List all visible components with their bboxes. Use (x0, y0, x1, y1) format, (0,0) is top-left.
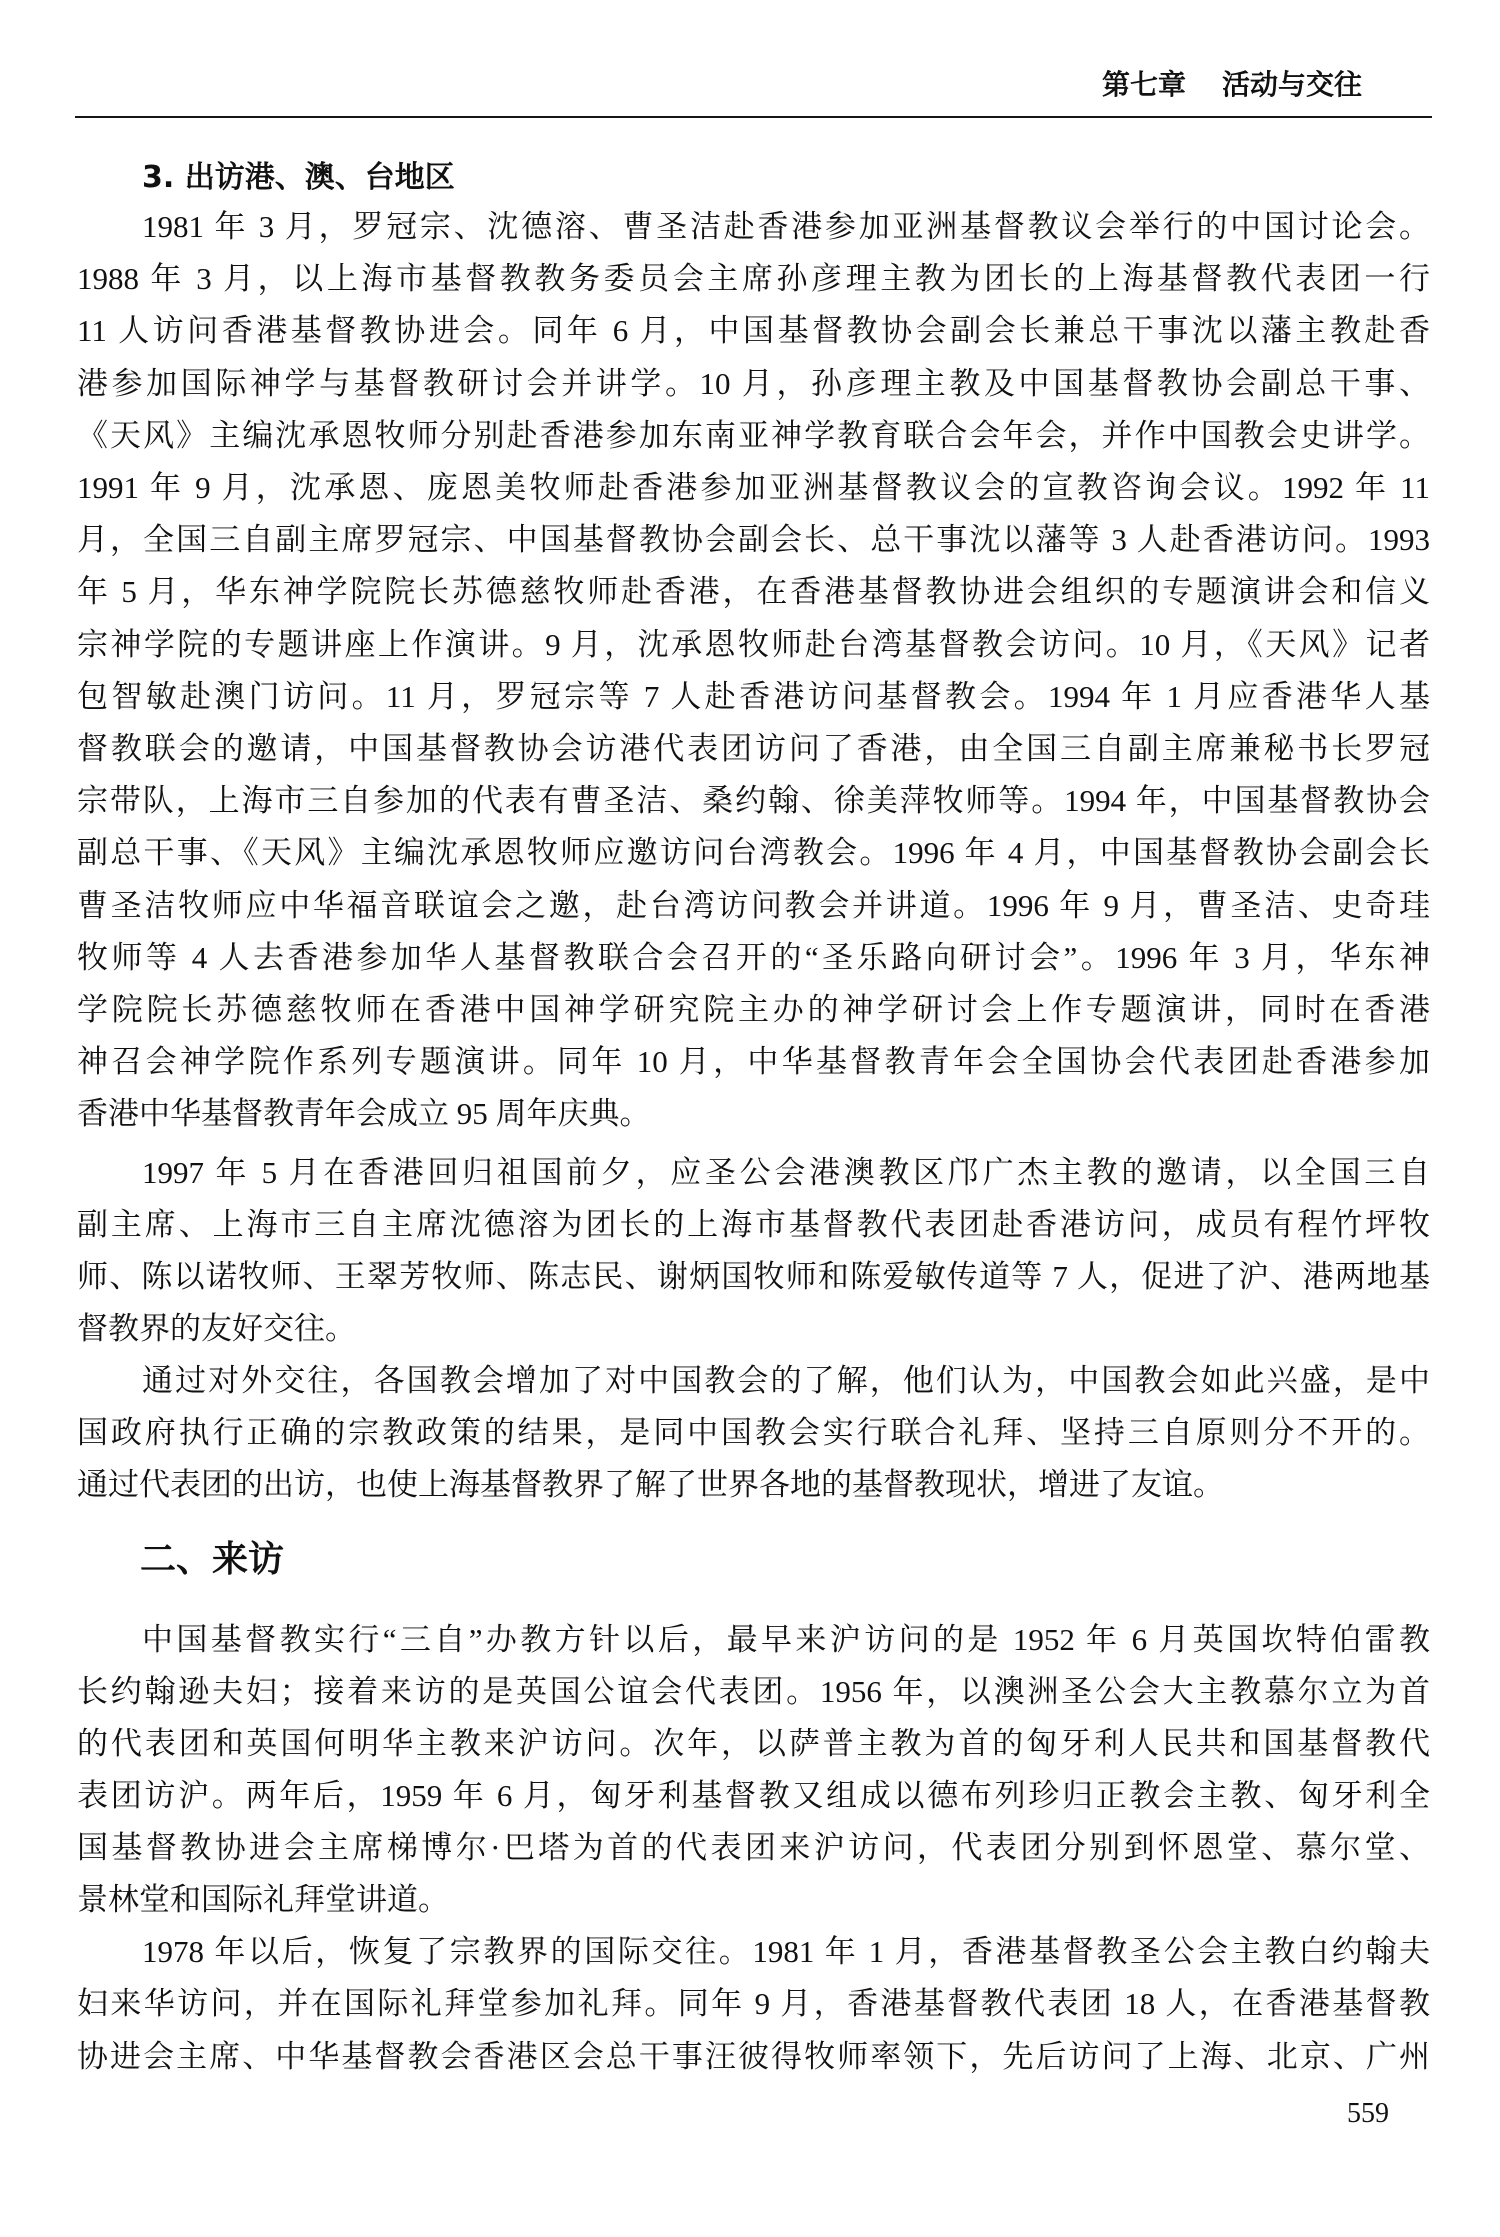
text-line: 国政府执行正确的宗教政策的结果，是同中国教会实行联合礼拜、坚持三自原则分不开的。 (77, 1407, 1430, 1459)
text-line: 国基督教协进会主席梯博尔·巴塔为首的代表团来沪访问，代表团分别到怀恩堂、慕尔堂、 (77, 1822, 1430, 1874)
subsection-heading: 3. 出访港、澳、台地区 (142, 158, 455, 198)
text-line: 督教界的友好交往。 (77, 1303, 1430, 1355)
text-line: 宗神学院的专题讲座上作演讲。9 月，沈承恩牧师赴台湾基督教会访问。10 月，《天… (77, 619, 1430, 671)
text-line: 1997 年 5 月在香港回归祖国前夕，应圣公会港澳教区邝广杰主教的邀请，以全国… (142, 1147, 1430, 1199)
text-line: 香港中华基督教青年会成立 95 周年庆典。 (77, 1088, 1430, 1140)
section-heading: 二、来访 (140, 1536, 284, 1584)
text-line: 年 5 月，华东神学院院长苏德慈牧师赴香港，在香港基督教协进会组织的专题演讲会和… (77, 566, 1430, 618)
text-line: 表团访沪。两年后，1959 年 6 月，匈牙利基督教又组成以德布列珍归正教会主教… (77, 1770, 1430, 1822)
text-line: 长约翰逊夫妇；接着来访的是英国公谊会代表团。1956 年，以澳洲圣公会大主教慕尔… (77, 1666, 1430, 1718)
text-line: 曹圣洁牧师应中华福音联谊会之邀，赴台湾访问教会并讲道。1996 年 9 月，曹圣… (77, 880, 1430, 932)
header-rule (75, 116, 1432, 118)
text-line: 中国基督教实行“三自”办教方针以后，最早来沪访问的是 1952 年 6 月英国坎… (142, 1614, 1430, 1666)
text-line: 的代表团和英国何明华主教来沪访问。次年，以萨普主教为首的匈牙利人民共和国基督教代 (77, 1718, 1430, 1770)
text-line: 师、陈以诺牧师、王翠芳牧师、陈志民、谢炳国牧师和陈爱敏传道等 7 人，促进了沪、… (77, 1251, 1430, 1303)
text-line: 通过对外交往，各国教会增加了对中国教会的了解，他们认为，中国教会如此兴盛，是中 (142, 1355, 1430, 1407)
text-line: 1978 年以后，恢复了宗教界的国际交往。1981 年 1 月，香港基督教圣公会… (142, 1926, 1430, 1978)
page-number: 559 (1347, 2098, 1389, 2130)
text-line: 景林堂和国际礼拜堂讲道。 (77, 1874, 1430, 1926)
text-line: 学院院长苏德慈牧师在香港中国神学研究院主办的神学研讨会上作专题演讲，同时在香港 (77, 984, 1430, 1036)
text-line: 神召会神学院作系列专题演讲。同年 10 月，中华基督教青年会全国协会代表团赴香港… (77, 1036, 1430, 1088)
text-line: 1981 年 3 月，罗冠宗、沈德溶、曹圣洁赴香港参加亚洲基督教议会举行的中国讨… (142, 201, 1430, 253)
text-line: 港参加国际神学与基督教研讨会并讲学。10 月，孙彦理主教及中国基督教协会副总干事… (77, 358, 1430, 410)
text-line: 督教联会的邀请，中国基督教协会访港代表团访问了香港，由全国三自副主席兼秘书长罗冠 (77, 723, 1430, 775)
text-line: 副主席、上海市三自主席沈德溶为团长的上海市基督教代表团赴香港访问，成员有程竹坪牧 (77, 1199, 1430, 1251)
text-line: 通过代表团的出访，也使上海基督教界了解了世界各地的基督教现状，增进了友谊。 (77, 1459, 1430, 1511)
text-line: 宗带队，上海市三自参加的代表有曹圣洁、桑约翰、徐美萍牧师等。1994 年，中国基… (77, 775, 1430, 827)
text-line: 《天风》主编沈承恩牧师分别赴香港参加东南亚神学教育联合会年会，并作中国教会史讲学… (77, 410, 1430, 462)
text-line: 牧师等 4 人去香港参加华人基督教联合会召开的“圣乐路向研讨会”。1996 年 … (77, 932, 1430, 984)
text-line: 妇来华访问，并在国际礼拜堂参加礼拜。同年 9 月，香港基督教代表团 18 人，在… (77, 1978, 1430, 2030)
text-line: 副总干事、《天风》主编沈承恩牧师应邀访问台湾教会。1996 年 4 月，中国基督… (77, 827, 1430, 879)
text-line: 包智敏赴澳门访问。11 月，罗冠宗等 7 人赴香港访问基督教会。1994 年 1… (77, 671, 1430, 723)
text-line: 月，全国三自副主席罗冠宗、中国基督教协会副会长、总干事沈以藩等 3 人赴香港访问… (77, 514, 1430, 566)
text-line: 1991 年 9 月，沈承恩、庞恩美牧师赴香港参加亚洲基督教议会的宣教咨询会议。… (77, 462, 1430, 514)
running-header-title: 活动与交往 (1222, 69, 1362, 101)
text-line: 协进会主席、中华基督教会香港区会总干事汪彼得牧师率领下，先后访问了上海、北京、广… (77, 2031, 1430, 2083)
book-page: 第七章 活动与交往 3. 出访港、澳、台地区 1981 年 3 月，罗冠宗、沈德… (0, 0, 1500, 2237)
running-header-chapter: 第七章 (1102, 69, 1186, 101)
text-line: 1988 年 3 月，以上海市基督教教务委员会主席孙彦理主教为团长的上海基督教代… (77, 253, 1430, 305)
text-line: 11 人访问香港基督教协进会。同年 6 月，中国基督教协会副会长兼总干事沈以藩主… (77, 305, 1430, 357)
